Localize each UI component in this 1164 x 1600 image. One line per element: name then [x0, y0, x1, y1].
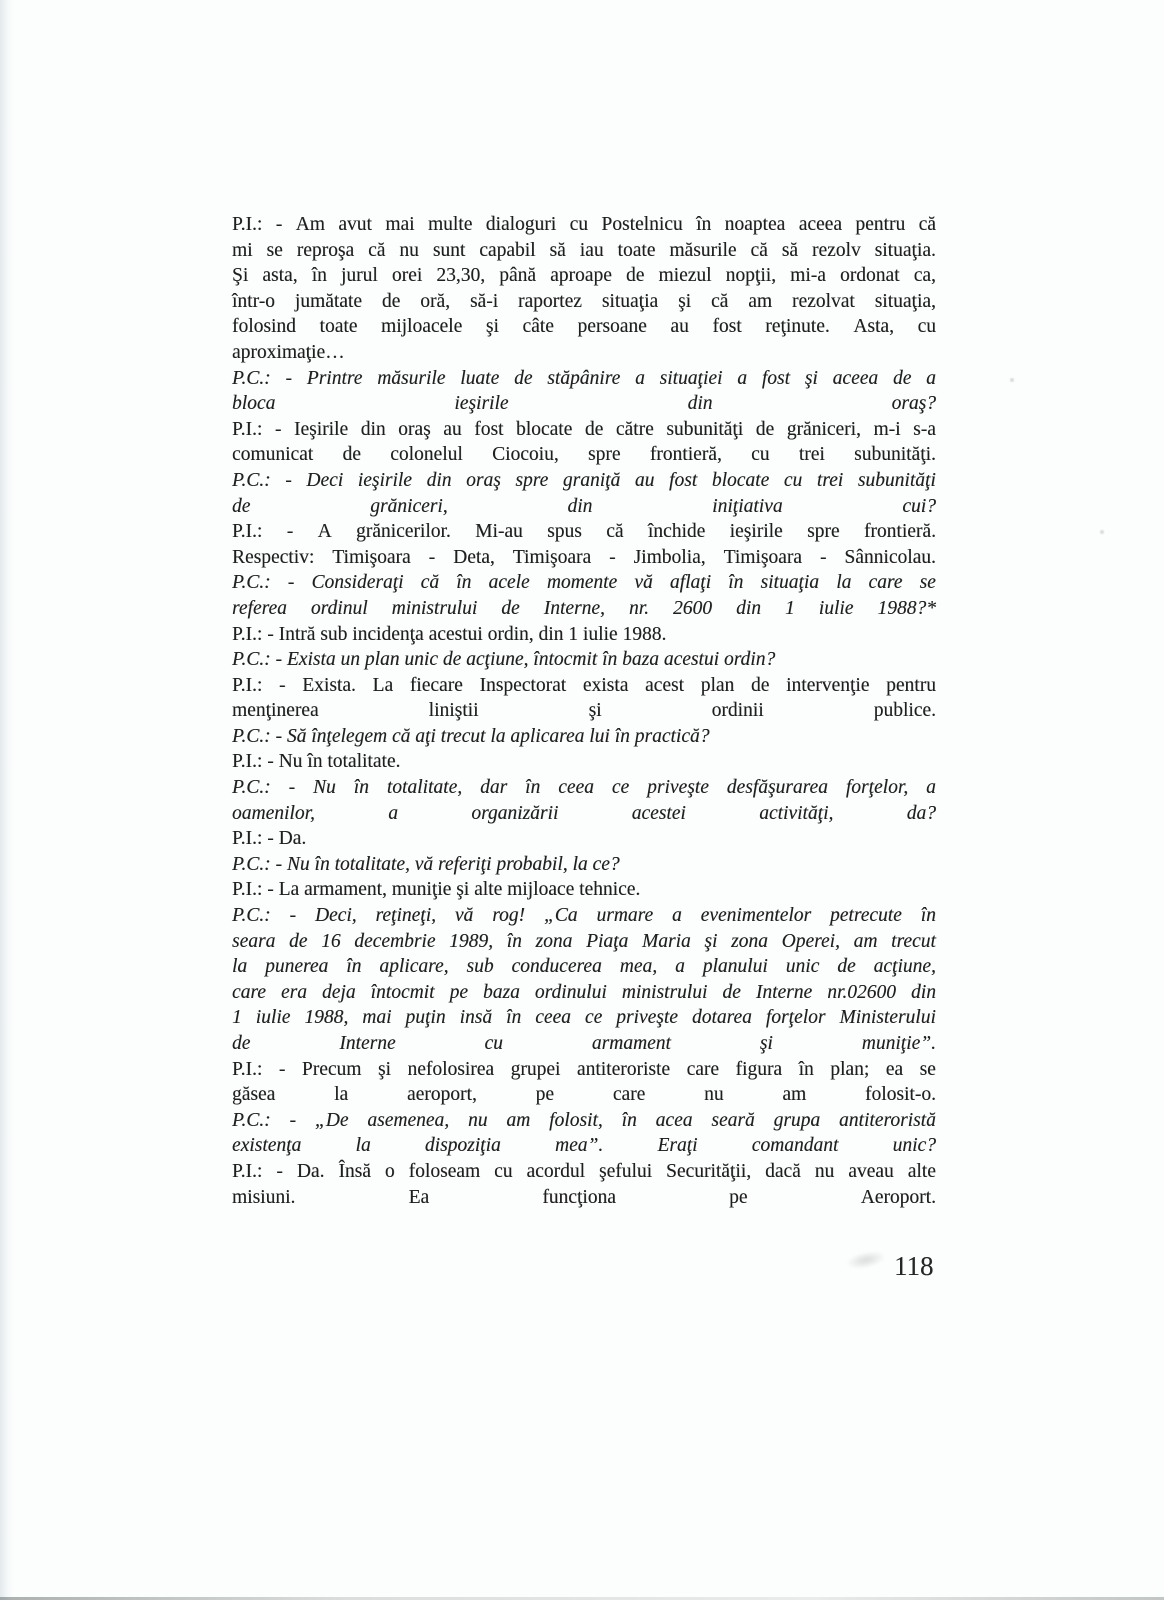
transcript-paragraph: P.C.:-Deciieşiriledinoraşspregraniţăaufo… — [232, 468, 936, 519]
text-line: P.C.: - Să înţelegem că aţi trecut la ap… — [232, 724, 936, 750]
text-line: P.C.:-Nuîntotalitate,darînceeacepriveşte… — [232, 775, 936, 801]
text-line: P.I.:-Da.ÎnsăofoloseamcuacordulşefuluiSe… — [232, 1159, 936, 1185]
transcript-paragraph: P.I.: - Da. — [232, 826, 936, 852]
text-line: careeradejaîntocmitpebazaordinuluiminist… — [232, 980, 936, 1006]
transcript-paragraph: P.C.: - Nu în totalitate, vă referiţi pr… — [232, 852, 936, 878]
text-line: P.I.:-AmavutmaimultedialoguricuPostelnic… — [232, 212, 936, 238]
transcript-paragraph: P.I.:-Da.ÎnsăofoloseamcuacordulşefuluiSe… — [232, 1159, 936, 1210]
scanned-page: P.I.:-AmavutmaimultedialoguricuPostelnic… — [0, 0, 1164, 1600]
text-line: P.I.:-Exista.LafiecareInspectoratexistaa… — [232, 673, 936, 699]
transcript-paragraph: P.I.: - Intră sub incidenţa acestui ordi… — [232, 622, 936, 648]
text-line: misereproşacănusuntcapabilsăiautoatemăsu… — [232, 238, 936, 264]
text-line: Şiasta,înjurulorei23,30,pânăaproapedemie… — [232, 263, 936, 289]
text-line: folosindtoatemijloaceleşicâtepersoaneauf… — [232, 314, 936, 340]
transcript-paragraph: P.C.: - Exista un plan unic de acţiune, … — [232, 647, 936, 673]
text-line: P.I.:-Ieşiriledinoraşaufostblocatedecătr… — [232, 417, 936, 443]
text-line: blocaieşiriledinoraş? — [232, 391, 936, 417]
transcript-paragraph: P.I.: - Nu în totalitate. — [232, 749, 936, 775]
text-line: oamenilor,aorganizăriiacesteiactivităţi,… — [232, 801, 936, 827]
text-line: P.C.:-Printremăsurileluatedestăpânireasi… — [232, 366, 936, 392]
transcript-paragraph: P.I.:-Agrănicerilor.Mi-auspuscăînchideie… — [232, 519, 936, 570]
text-line: P.C.: - Nu în totalitate, vă referiţi pr… — [232, 852, 936, 878]
text-line: menţinerealiniştiişiordiniipublice. — [232, 698, 936, 724]
text-line: P.C.:-Consideraţicăînacelemomentevăaflaţ… — [232, 570, 936, 596]
transcript-paragraph: P.I.:-AmavutmaimultedialoguricuPostelnic… — [232, 212, 936, 366]
text-line: P.C.:-„Deasemenea,nuamfolosit,înaceasear… — [232, 1108, 936, 1134]
transcript-paragraph: P.C.: - Să înţelegem că aţi trecut la ap… — [232, 724, 936, 750]
scan-artifact — [1100, 530, 1104, 534]
text-line: comunicatdecolonelulCiocoiu,sprefrontier… — [232, 442, 936, 468]
text-line: P.C.:-Deci,reţineţi,vărog!„Caurmareaeven… — [232, 903, 936, 929]
text-line: degrăniceri,dininiţiativacui? — [232, 494, 936, 520]
transcript-paragraph: P.I.:-Exista.LafiecareInspectoratexistaa… — [232, 673, 936, 724]
text-line: P.I.: - La armament, muniţie şi alte mij… — [232, 877, 936, 903]
transcript-paragraph: P.I.:-Precumşinefolosireagrupeiantiteror… — [232, 1057, 936, 1108]
scan-artifact — [1010, 378, 1014, 382]
text-line: P.C.:-Deciieşiriledinoraşspregraniţăaufo… — [232, 468, 936, 494]
text-line: găsealaaeroport,pecarenuamfolosit-o. — [232, 1082, 936, 1108]
text-line: deInternecuarmamentşimuniţie”. — [232, 1031, 936, 1057]
text-line: P.I.:-Precumşinefolosireagrupeiantiteror… — [232, 1057, 936, 1083]
text-line: P.I.: - Da. — [232, 826, 936, 852]
text-line: existenţaladispoziţiamea”.Eraţicomandant… — [232, 1133, 936, 1159]
transcript-paragraph: P.I.: - La armament, muniţie şi alte mij… — [232, 877, 936, 903]
text-line: refereaordinulministruluideInterne,nr.26… — [232, 596, 936, 622]
text-line: P.I.:-Agrănicerilor.Mi-auspuscăînchideie… — [232, 519, 936, 545]
scan-artifact — [845, 1248, 887, 1272]
text-line: aproximaţie… — [232, 340, 936, 366]
scan-left-edge-shading — [0, 0, 14, 1600]
transcript-paragraph: P.C.:-Consideraţicăînacelemomentevăaflaţ… — [232, 570, 936, 621]
text-line: Respectiv:Timişoara-Deta,Timişoara-Jimbo… — [232, 545, 936, 571]
text-line: P.I.: - Nu în totalitate. — [232, 749, 936, 775]
text-line: misiuni.EafuncţionapeAeroport. — [232, 1185, 936, 1211]
text-line: searade16decembrie1989,înzonaPiaţaMariaş… — [232, 929, 936, 955]
text-line: 1iulie1988,maipuţininsăînceeacepriveşted… — [232, 1005, 936, 1031]
text-line: P.I.: - Intră sub incidenţa acestui ordi… — [232, 622, 936, 648]
transcript-text-block: P.I.:-AmavutmaimultedialoguricuPostelnic… — [232, 212, 936, 1210]
transcript-paragraph: P.C.:-Printremăsurileluatedestăpânireasi… — [232, 366, 936, 417]
transcript-paragraph: P.C.:-Deci,reţineţi,vărog!„Caurmareaeven… — [232, 903, 936, 1057]
page-number: 118 — [894, 1252, 934, 1280]
text-line: într-ojumătatedeoră,să-iraportezsituaţia… — [232, 289, 936, 315]
text-line: lapunereaînaplicare,subconducereamea,apl… — [232, 954, 936, 980]
transcript-paragraph: P.C.:-Nuîntotalitate,darînceeacepriveşte… — [232, 775, 936, 826]
text-line: P.C.: - Exista un plan unic de acţiune, … — [232, 647, 936, 673]
transcript-paragraph: P.I.:-Ieşiriledinoraşaufostblocatedecătr… — [232, 417, 936, 468]
transcript-paragraph: P.C.:-„Deasemenea,nuamfolosit,înaceasear… — [232, 1108, 936, 1159]
